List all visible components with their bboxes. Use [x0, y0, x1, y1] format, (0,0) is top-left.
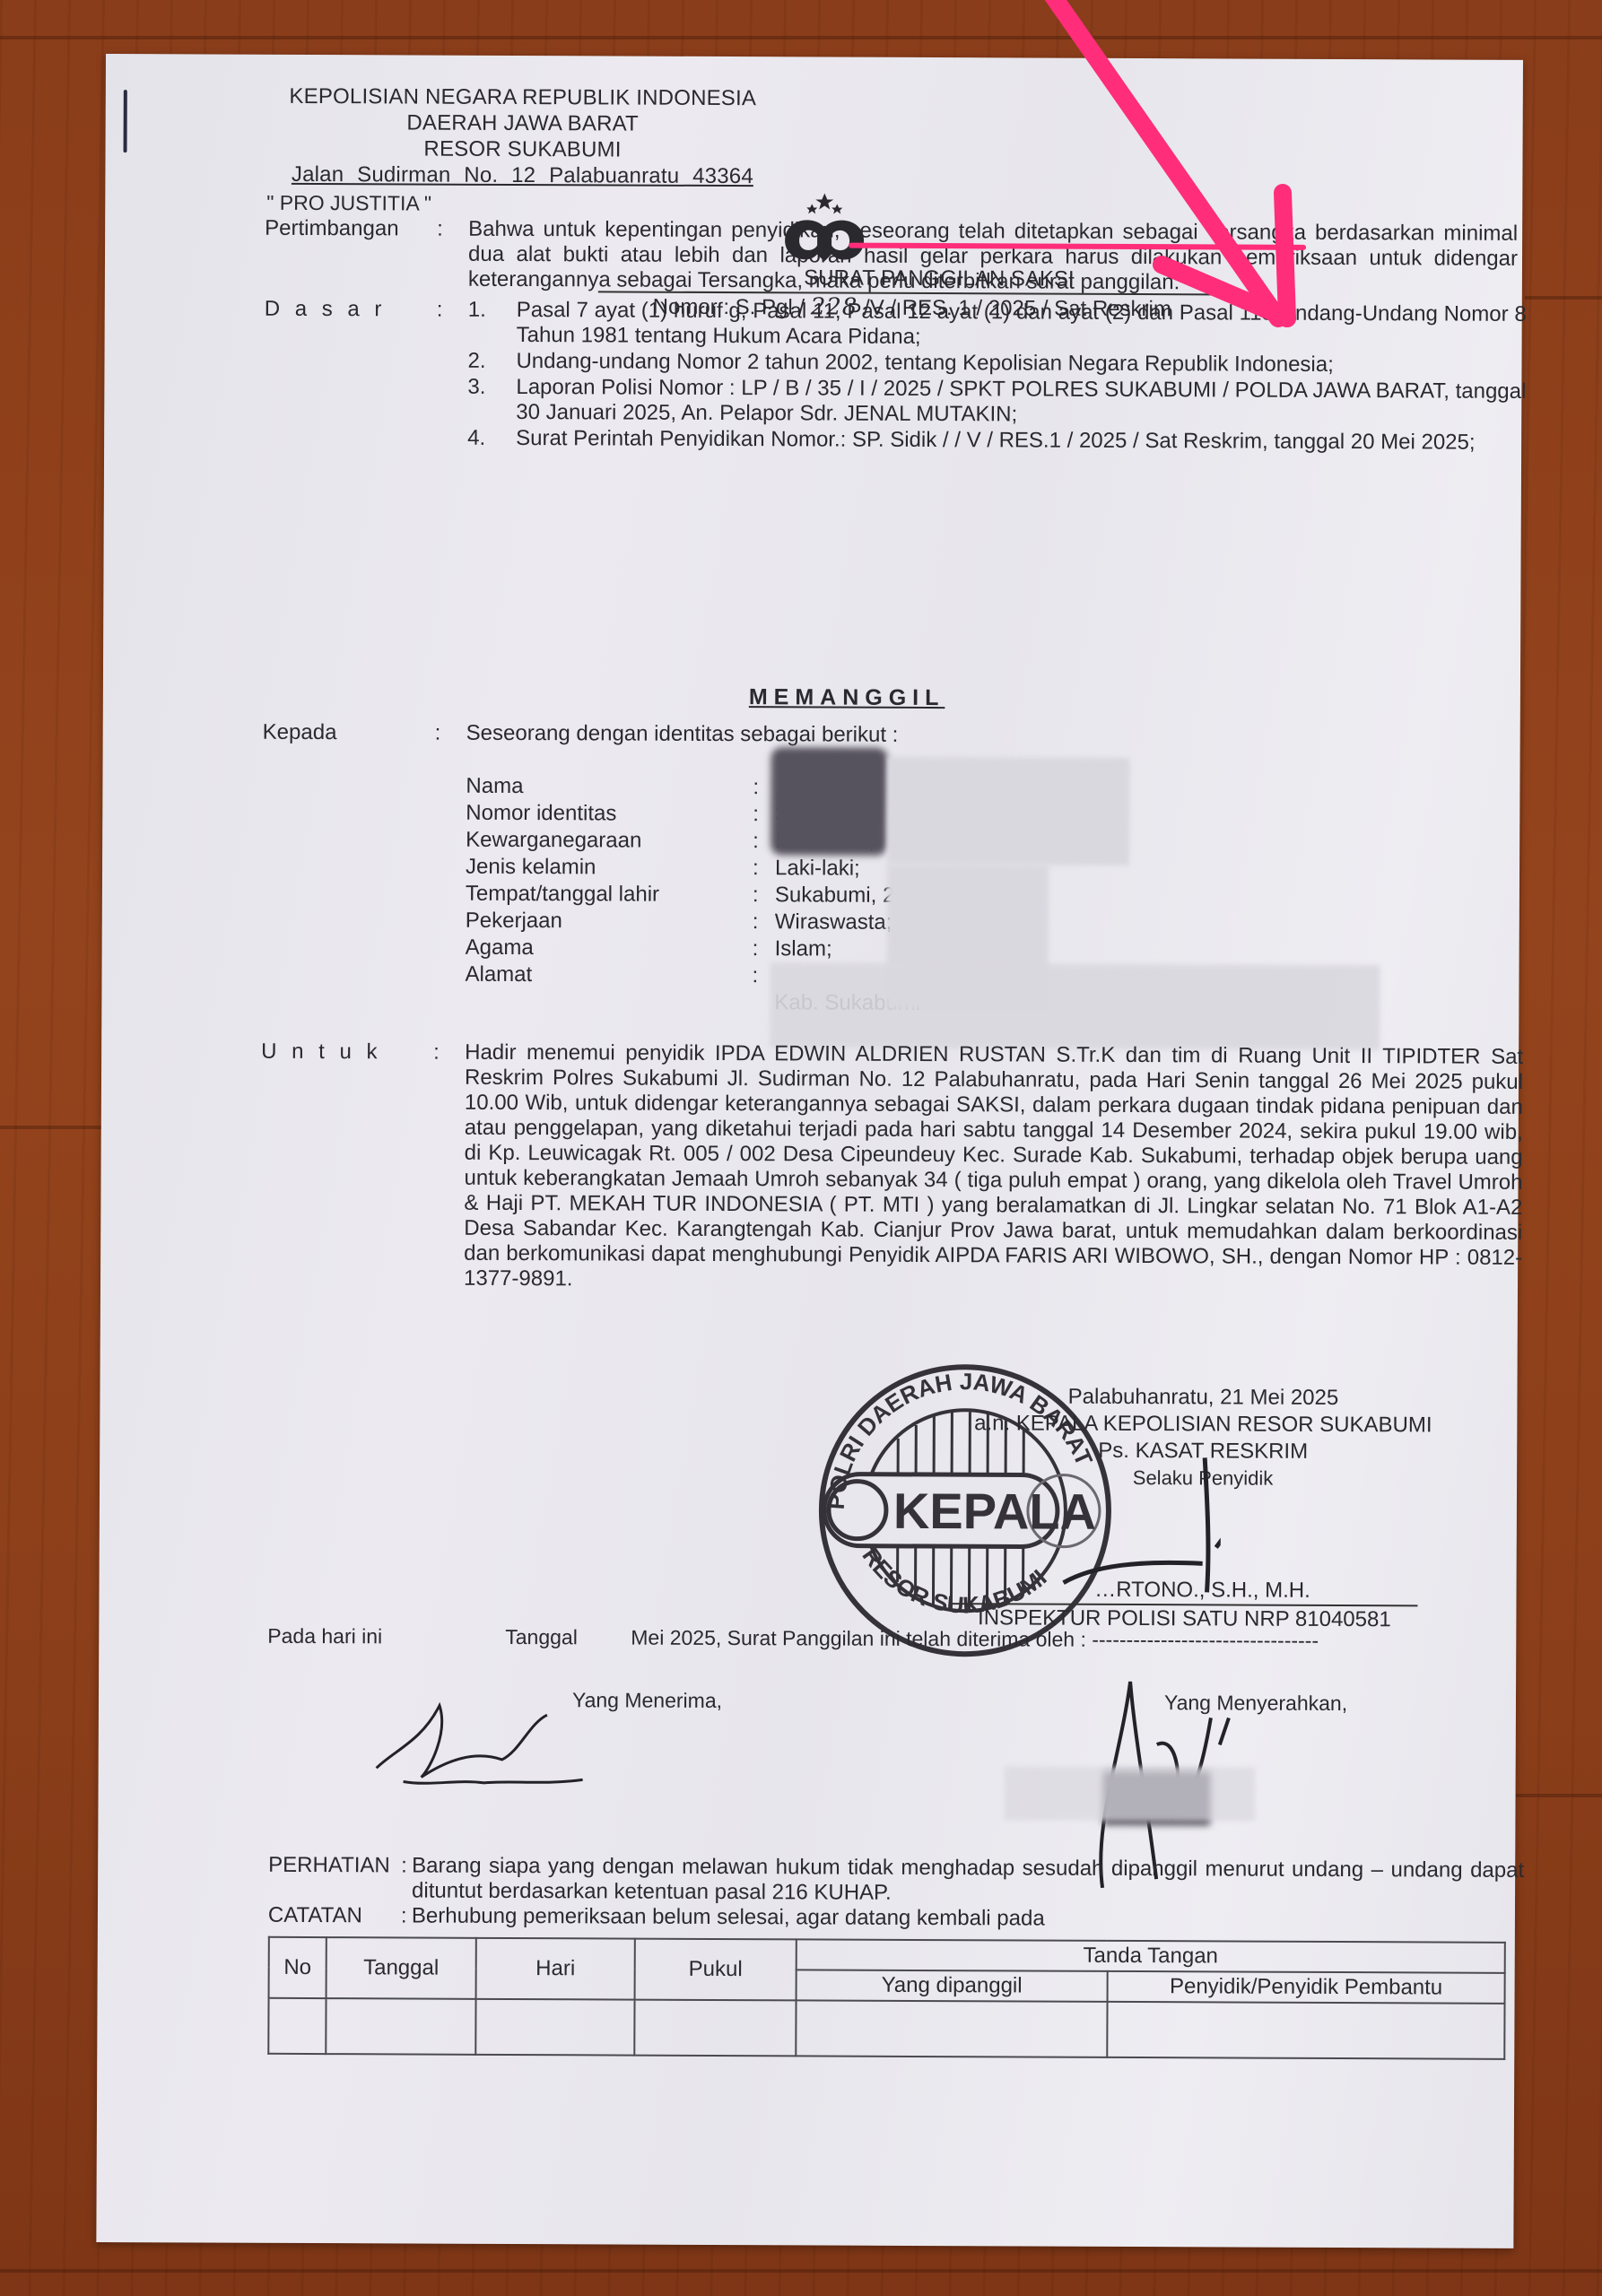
perhatian-text: Barang siapa yang dengan melawan hukum t… — [412, 1854, 1524, 1905]
item-number: 1. — [468, 298, 486, 323]
col-header: Hari — [476, 1938, 635, 2000]
dasar-label: D a s a r — [265, 297, 387, 323]
signature-scribble — [1058, 1448, 1221, 1602]
field-value: Islam; — [775, 935, 832, 962]
item-text: Pasal 7 ayat (1) huruf g, Pasal 11, Pasa… — [517, 298, 1527, 349]
col-group-header: Tanda Tangan — [797, 1939, 1505, 1972]
item-text: Surat Perintah Penyidikan Nomor.: SP. Si… — [516, 426, 1476, 455]
notice-section: PERHATIAN : Barang siapa yang dengan mel… — [268, 1853, 1524, 1934]
identity-table: Nama: Nomor identitas:3202222 Kewarganeg… — [465, 773, 466, 1015]
col-header: No — [269, 1937, 326, 1998]
redaction-blur — [1004, 1766, 1255, 1821]
memanggil-heading: MEMANGGIL — [749, 684, 945, 711]
field-key: Nama — [466, 773, 735, 801]
recipient-signature — [368, 1696, 619, 1796]
table-cell[interactable] — [1107, 2002, 1504, 2059]
wood-grain — [0, 36, 1602, 39]
table-cell[interactable] — [796, 2000, 1107, 2057]
wood-grain — [0, 2269, 1602, 2273]
field-key: Tempat/tanggal lahir — [466, 881, 735, 909]
pro-justitia: " PRO JUSTITIA " — [266, 191, 431, 216]
dasar-item: 3.Laporan Polisi Nomor : LP / B / 35 / I… — [467, 375, 1526, 430]
field-value: Laki-laki; — [775, 855, 860, 882]
untuk-label: U n t u k — [261, 1039, 381, 1065]
colon: : — [437, 217, 443, 242]
letterhead-line: DAERAH JAWA BARAT — [240, 109, 805, 138]
receipt-line: Pada hari ini Tanggal Mei 2025, Surat Pa… — [267, 1624, 1523, 1654]
letterhead-line: KEPOLISIAN NEGARA REPUBLIK INDONESIA — [240, 83, 805, 112]
item-number: 3. — [467, 375, 485, 400]
col-header: Tanggal — [326, 1937, 476, 1999]
field-value: Sukabumi, 2 — [775, 882, 895, 909]
return-visit-table: No Tanggal Hari Pukul Tanda Tangan Yang … — [267, 1936, 1506, 2060]
letterhead-address: Jalan Sudirman No. 12 Palabuanratu 43364 — [239, 161, 805, 190]
table-row — [268, 1998, 1504, 2059]
table-cell[interactable] — [475, 1999, 634, 2056]
item-number: 2. — [467, 349, 485, 374]
colon: : — [437, 298, 443, 323]
field-key: Jenis kelamin — [466, 854, 735, 882]
summons-document: KEPOLISIAN NEGARA REPUBLIK INDONESIA DAE… — [96, 54, 1523, 2248]
field-key: Agama — [466, 935, 735, 962]
signatory-line1: a.n. KEPALA KEPOLISIAN RESOR SUKABUMI — [889, 1410, 1517, 1439]
wood-grain — [1516, 1794, 1602, 1797]
field-key: Kewarganegaraan — [466, 827, 735, 855]
place-date: Palabuhanratu, 21 Mei 2025 — [889, 1383, 1517, 1413]
redaction-blur — [770, 962, 1380, 1050]
letterhead: KEPOLISIAN NEGARA REPUBLIK INDONESIA DAE… — [239, 83, 805, 190]
field-key: Nomor identitas — [466, 800, 735, 828]
table-cell[interactable] — [634, 2000, 796, 2057]
field-key: Alamat — [465, 961, 734, 989]
untuk-text: Hadir menemui penyidik IPDA EDWIN ALDRIE… — [464, 1040, 1523, 1296]
catatan-label: CATATAN — [268, 1903, 362, 1928]
letterhead-line: RESOR SUKABUMI — [239, 135, 805, 164]
pertimbangan-label: Pertimbangan — [265, 216, 399, 242]
highlighted-phrase: seseorang telah ditetapkan sebagai Tersa… — [849, 219, 1307, 245]
redaction-blur — [887, 757, 1130, 865]
catatan-text: Berhubung pemeriksaan belum selesai, aga… — [412, 1904, 1045, 1931]
receipt-text: Mei 2025, Surat Panggilan ini telah dite… — [631, 1626, 1319, 1653]
wood-grain — [1525, 296, 1602, 300]
dasar-list: 1.Pasal 7 ayat (1) huruf g, Pasal 11, Pa… — [467, 298, 1527, 457]
redaction-blur — [771, 747, 888, 856]
field-value: Wiraswasta; — [775, 909, 892, 936]
dasar-item: 1.Pasal 7 ayat (1) huruf g, Pasal 11, Pa… — [468, 298, 1527, 352]
col-subheader: Yang dipanggil — [797, 1970, 1108, 2002]
perhatian-label: PERHATIAN — [268, 1853, 390, 1879]
kepada-intro: Seseorang dengan identitas sebagai berik… — [466, 721, 1525, 751]
colon: : — [433, 1040, 440, 1065]
colon: : — [435, 721, 441, 746]
table-cell[interactable] — [268, 1998, 326, 2054]
table-cell[interactable] — [326, 1998, 475, 2055]
field-key: Pekerjaan — [466, 908, 735, 935]
kepada-label: Kepada — [263, 720, 337, 745]
item-text: Laporan Polisi Nomor : LP / B / 35 / I /… — [516, 375, 1526, 426]
item-number: 4. — [467, 426, 485, 451]
receipt-pada-hari-ini: Pada hari ini — [267, 1624, 382, 1648]
dasar-item: 4.Surat Perintah Penyidikan Nomor.: SP. … — [467, 426, 1526, 456]
item-text: Undang-undang Nomor 2 tahun 2002, tentan… — [516, 349, 1333, 377]
receipt-tanggal: Tanggal — [505, 1625, 578, 1649]
pen-mark — [124, 90, 127, 152]
pertimbangan-text-before: Bahwa untuk kepentingan penyidikan, — [468, 217, 849, 243]
wood-grain — [0, 1126, 108, 1129]
col-subheader: Penyidik/Penyidik Pembantu — [1108, 1971, 1505, 2004]
dasar-item: 2.Undang-undang Nomor 2 tahun 2002, tent… — [467, 349, 1526, 378]
pertimbangan-text: Bahwa untuk kepentingan penyidikan, sese… — [468, 217, 1518, 297]
col-header: Pukul — [635, 1939, 797, 2001]
